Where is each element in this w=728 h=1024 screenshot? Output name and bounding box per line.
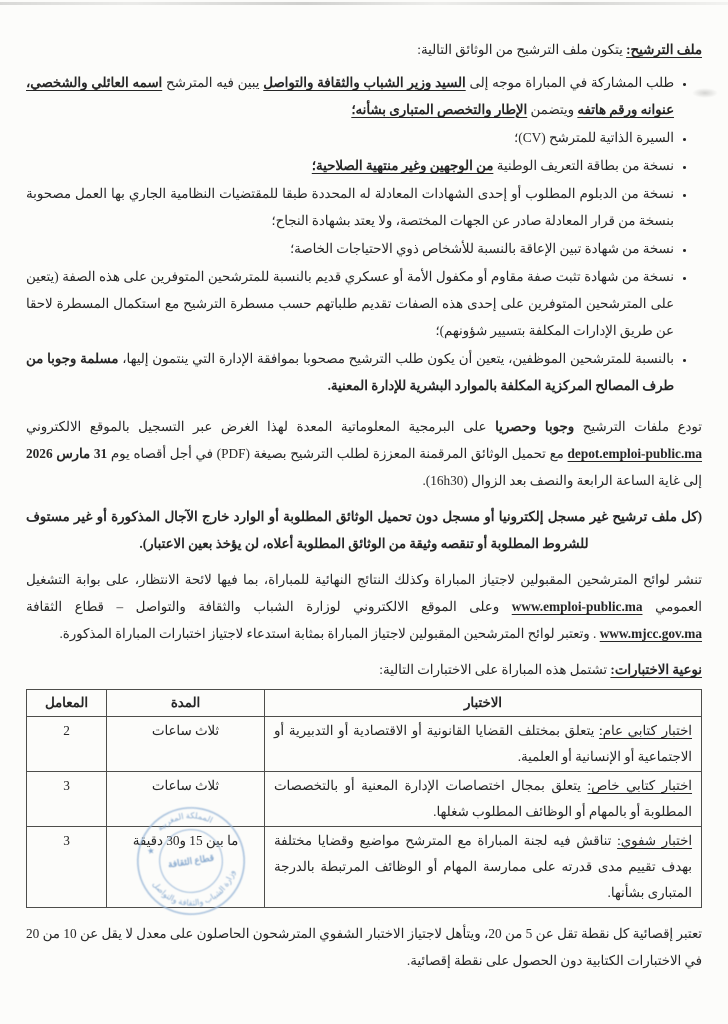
text-run: بالنسبة للمترشحين الموظفين، يتعين أن يكو…: [118, 351, 674, 366]
text-run: إلى غاية الساعة الرابعة والنصف بعد الزوا…: [422, 473, 702, 488]
list-item-participation-request: طلب المشاركة في المباراة موجه إلى السيد …: [26, 69, 674, 123]
id-validity-emphasis: من الوجهين وغير منتهية الصلاحية؛: [312, 158, 494, 173]
required-documents-list: طلب المشاركة في المباراة موجه إلى السيد …: [26, 69, 688, 399]
duration-cell: ثلاث ساعات: [107, 717, 265, 772]
ministry-website-url: www.mjcc.gov.ma: [600, 626, 702, 641]
results-publication-paragraph: تنشر لوائح المترشحين المقبولين لاجتياز ا…: [26, 566, 702, 647]
list-item-disability-certificate: نسخة من شهادة تبين الإعاقة بالنسبة للأشخ…: [26, 235, 674, 262]
exams-heading-title: نوعية الاختبارات:: [610, 662, 702, 677]
candidacy-file-title: ملف الترشيح:: [626, 42, 702, 57]
mandatory-exclusive-emphasis: وجوبا وحصريا: [495, 419, 574, 434]
list-item-national-id: نسخة من بطاقة التعريف الوطنية من الوجهين…: [26, 152, 674, 179]
header-coefficient: المعامل: [27, 690, 107, 717]
text-run: وعلى الموقع الالكتروني لوزارة الشباب وال…: [26, 599, 512, 614]
exam-cell: اختبار كتابي خاص: يتعلق بمجال اختصاصات ا…: [264, 772, 701, 827]
text-run: . وتعتبر لوائح المترشحين المقبولين لاجتي…: [59, 626, 599, 641]
coefficient-cell: 2: [27, 717, 107, 772]
text-run: نسخة من الدبلوم المطلوب أو إحدى الشهادات…: [26, 186, 674, 228]
text-run: تودع ملفات الترشيح: [574, 419, 702, 434]
exam-name: اختبار كتابي خاص:: [587, 778, 692, 793]
document-content: ملف الترشيح: يتكون ملف الترشيح من الوثائ…: [26, 36, 702, 983]
candidacy-file-intro-text: يتكون ملف الترشيح من الوثائق التالية:: [417, 42, 626, 57]
public-employment-portal-url: www.emploi-public.ma: [512, 599, 643, 614]
exam-cell: اختبار شفوي: تناقش فيه لجنة المباراة مع …: [264, 827, 701, 908]
stamp-star-icon: ★: [146, 845, 155, 856]
exams-heading-rest: تشتمل هذه المباراة على الاختبارات التالي…: [379, 662, 610, 677]
elimination-score-note: تعتبر إقصائية كل نقطة تقل عن 5 من 20، وي…: [26, 920, 702, 974]
text-run: يبين فيه المترشح: [162, 75, 263, 90]
candidacy-file-heading: ملف الترشيح: يتكون ملف الترشيح من الوثائ…: [26, 36, 702, 63]
text-run: مع تحميل الوثائق المرقمنة المعززة لطلب ا…: [107, 446, 567, 461]
table-row-oral-exam: اختبار شفوي: تناقش فيه لجنة المباراة مع …: [27, 827, 702, 908]
text-run: نسخة من شهادة تبين الإعاقة بالنسبة للأشخ…: [290, 241, 674, 256]
text-run: نسخة من بطاقة التعريف الوطنية: [493, 158, 674, 173]
framework-specialty-emphasis: الإطار والتخصص المتبارى بشأنه؛: [351, 102, 527, 117]
list-item-veteran-certificate: نسخة من شهادة تثبت صفة مقاوم أو مكفول ال…: [26, 263, 674, 344]
list-item-diploma: نسخة من الدبلوم المطلوب أو إحدى الشهادات…: [26, 180, 674, 234]
scanned-document-page: ملف الترشيح: يتكون ملف الترشيح من الوثائ…: [0, 0, 728, 1024]
header-duration: المدة: [107, 690, 265, 717]
exam-cell: اختبار كتابي عام: يتعلق بمختلف القضايا ا…: [264, 717, 701, 772]
coefficient-cell: 3: [27, 827, 107, 908]
header-exam: الاختبار: [264, 690, 701, 717]
table-header-row: الاختبار المدة المعامل: [27, 690, 702, 717]
exams-table: الاختبار المدة المعامل اختبار كتابي عام:…: [26, 689, 702, 908]
text-run: طلب المشاركة في المباراة موجه إلى: [466, 75, 674, 90]
rejection-warning-paragraph: (كل ملف ترشيح غير مسجل إلكترونيا أو مسجل…: [26, 503, 702, 557]
text-run: على البرمجية المعلوماتية المعدة لهذا الغ…: [26, 419, 495, 434]
coefficient-cell: 3: [27, 772, 107, 827]
exam-name: اختبار شفوي:: [617, 833, 692, 848]
official-ministry-stamp: المملكة المغربية وزارة الشباب والثقافة و…: [126, 796, 256, 926]
exams-type-heading: نوعية الاختبارات: تشتمل هذه المباراة على…: [26, 656, 702, 683]
minister-title-emphasis: السيد وزير الشباب والثقافة والتواصل: [263, 75, 465, 90]
text-run: السيرة الذاتية للمترشح (CV)؛: [514, 130, 674, 145]
stamp-graphic: المملكة المغربية وزارة الشباب والثقافة و…: [126, 796, 256, 926]
text-run: نسخة من شهادة تثبت صفة مقاوم أو مكفول ال…: [26, 269, 674, 338]
list-item-cv: السيرة الذاتية للمترشح (CV)؛: [26, 124, 674, 151]
deadline-date: 31 مارس 2026: [26, 446, 107, 461]
deposit-website-url: depot.emploi-public.ma: [568, 446, 702, 461]
stamp-sector-text: قطاع الثقافة: [167, 852, 215, 870]
stamp-kingdom-text: المملكة المغربية: [154, 807, 215, 833]
list-item-civil-servants: بالنسبة للمترشحين الموظفين، يتعين أن يكو…: [26, 345, 674, 399]
table-row-general-written-exam: اختبار كتابي عام: يتعلق بمختلف القضايا ا…: [27, 717, 702, 772]
text-run: ويتضمن: [527, 102, 577, 117]
scan-edge-artifact: [0, 2, 728, 5]
exam-name: اختبار كتابي عام:: [599, 723, 692, 738]
deposit-paragraph: تودع ملفات الترشيح وجوبا وحصريا على البر…: [26, 413, 702, 494]
